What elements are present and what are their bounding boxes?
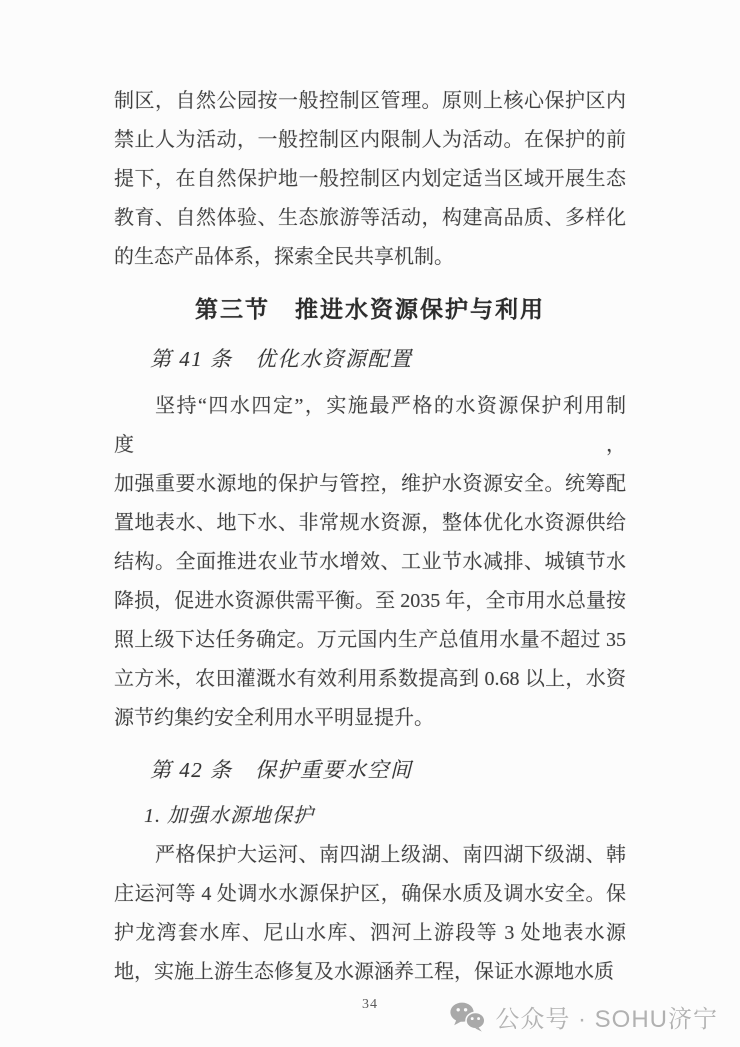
body-line: 结构。全面推进农业节水增效、工业节水减排、城镇节水 (114, 543, 626, 582)
body-line: 降损，促进水资源供需平衡。至 2035 年，全市用水总量按 (114, 582, 626, 621)
paragraph-continued: 制区，自然公园按一般控制区管理。原则上核心保护区内 禁止人为活动，一般控制区内限… (114, 82, 626, 277)
body-line: 严格保护大运河、南四湖上级湖、南四湖下级湖、韩 (114, 836, 626, 875)
watermark-text: 公众号 · SOHU济宁 (495, 999, 718, 1034)
body-line: 加强重要水源地的保护与管控，维护水资源安全。统筹配 (114, 465, 626, 504)
body-line: 立方米，农田灌溉水有效利用系数提高到 0.68 以上，水资 (114, 660, 626, 699)
body-line: 提下，在自然保护地一般控制区内划定适当区域开展生态 (114, 160, 626, 199)
watermark: 公众号 · SOHU济宁 (449, 999, 718, 1034)
body-line: 的生态产品体系，探索全民共享机制。 (114, 238, 626, 277)
document-page: 制区，自然公园按一般控制区管理。原则上核心保护区内 禁止人为活动，一般控制区内限… (0, 0, 740, 1047)
item-1-heading: 1. 加强水源地保护 (114, 798, 626, 834)
article-42-heading: 第 42 条 保护重要水空间 (114, 752, 626, 788)
body-line: 庄运河等 4 处调水水源保护区，确保水质及调水安全。保 (114, 875, 626, 914)
body-line: 禁止人为活动，一般控制区内限制人为活动。在保护的前 (114, 121, 626, 160)
page-content: 制区，自然公园按一般控制区管理。原则上核心保护区内 禁止人为活动，一般控制区内限… (114, 82, 626, 1013)
body-line: 教育、自然体验、生态旅游等活动，构建高品质、多样化 (114, 199, 626, 238)
body-line: 置地表水、地下水、非常规水资源，整体优化水资源供给 (114, 504, 626, 543)
body-line: 源节约集约安全利用水平明显提升。 (114, 699, 626, 738)
wechat-icon (449, 1001, 486, 1032)
body-line: 坚持“四水四定”，实施最严格的水资源保护利用制度， (114, 387, 626, 465)
paragraph-item-1: 严格保护大运河、南四湖上级湖、南四湖下级湖、韩 庄运河等 4 处调水水源保护区，… (114, 836, 626, 992)
body-line: 照上级下达任务确定。万元国内生产总值用水量不超过 35 (114, 621, 626, 660)
body-line: 地，实施上游生态修复及水源涵养工程，保证水源地水质 (114, 953, 626, 992)
body-line: 护龙湾套水库、尼山水库、泗河上游段等 3 处地表水源 (114, 914, 626, 953)
paragraph-article-41: 坚持“四水四定”，实施最严格的水资源保护利用制度， 加强重要水源地的保护与管控，… (114, 387, 626, 738)
section-heading: 第三节 推进水资源保护与利用 (114, 291, 626, 327)
article-41-heading: 第 41 条 优化水资源配置 (114, 341, 626, 377)
body-line: 制区，自然公园按一般控制区管理。原则上核心保护区内 (114, 82, 626, 121)
